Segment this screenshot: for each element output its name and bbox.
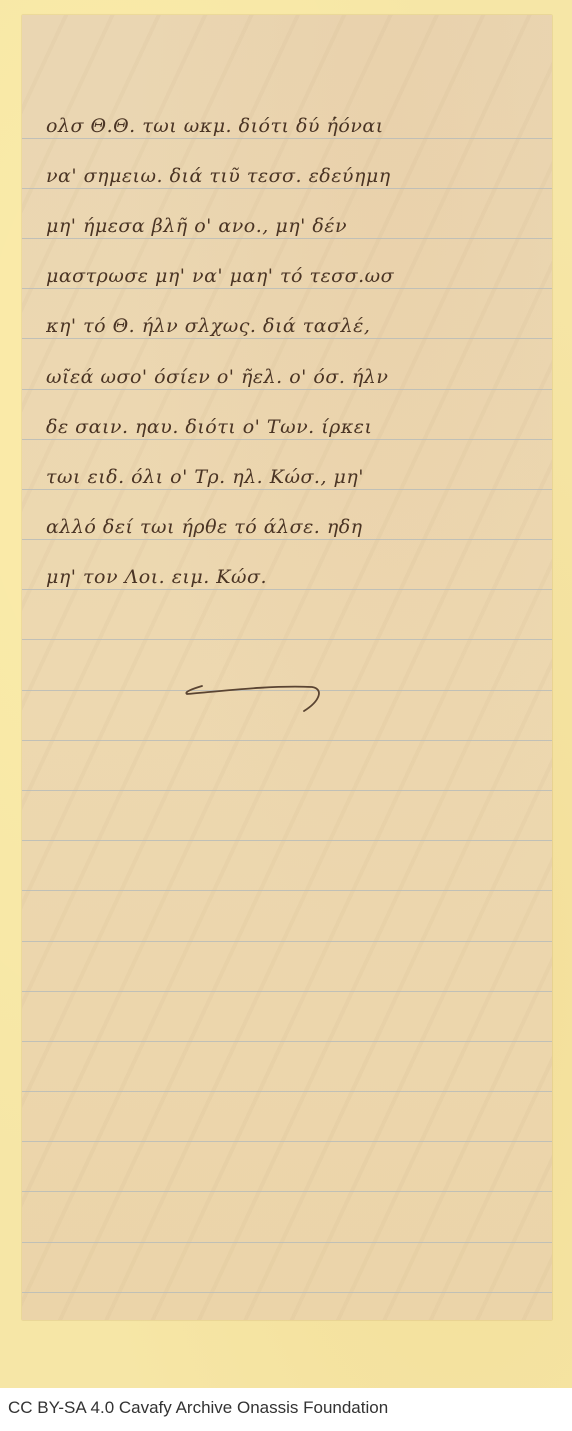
ruled-line bbox=[22, 338, 552, 339]
bleed-through-texture bbox=[22, 15, 552, 1320]
ruled-line bbox=[22, 1091, 552, 1092]
ruled-line bbox=[22, 288, 552, 289]
ruled-line bbox=[22, 188, 552, 189]
handwritten-line: κη' τό Θ. ήλν σλχως. διά τασλέ, bbox=[46, 315, 556, 337]
ruled-line bbox=[22, 890, 552, 891]
handwritten-line: ωῖεά ωσο' όσίεν ο' ῆελ. ο' όσ. ήλν bbox=[46, 366, 556, 388]
ruled-line bbox=[22, 539, 552, 540]
ruled-line bbox=[22, 790, 552, 791]
signature-flourish-icon bbox=[182, 683, 332, 723]
ruled-line bbox=[22, 389, 552, 390]
handwritten-line: να' σημειω. διά τιῦ τεσσ. εδεύημη bbox=[46, 165, 556, 187]
handwritten-line: μη' ήμεσα βλῆ ο' ανο., μη' δέν bbox=[46, 215, 556, 237]
ruled-line bbox=[22, 439, 552, 440]
ruled-line bbox=[22, 238, 552, 239]
handwritten-line: μαστρωσε μη' να' μαη' τό τεσσ.ωσ bbox=[46, 265, 556, 287]
handwritten-line: δε σαιν. ηαυ. διότι ο' Των. ίρκει bbox=[46, 416, 556, 438]
ruled-line bbox=[22, 1041, 552, 1042]
ruled-line bbox=[22, 1292, 552, 1293]
ruled-line bbox=[22, 589, 552, 590]
ruled-line bbox=[22, 1191, 552, 1192]
scan-background: ολσ Θ.Θ. τωι ωκμ. διότι δύ ή̔όναι να' ση… bbox=[0, 0, 572, 1388]
license-credit: CC BY-SA 4.0 Cavafy Archive Onassis Foun… bbox=[8, 1398, 388, 1418]
handwritten-line: ολσ Θ.Θ. τωι ωκμ. διότι δύ ή̔όναι bbox=[46, 115, 556, 137]
ruled-line bbox=[22, 1141, 552, 1142]
manuscript-page: ολσ Θ.Θ. τωι ωκμ. διότι δύ ή̔όναι να' ση… bbox=[22, 15, 552, 1320]
ruled-line bbox=[22, 639, 552, 640]
ruled-line bbox=[22, 991, 552, 992]
handwritten-line: αλλό δεί τωι ήρθε τό άλσε. ηδη bbox=[46, 516, 556, 538]
handwritten-line: τωι ειδ. όλι ο' Τρ. ηλ. Κώσ., μη' bbox=[46, 466, 556, 488]
ruled-line bbox=[22, 840, 552, 841]
ruled-line bbox=[22, 740, 552, 741]
ruled-line bbox=[22, 489, 552, 490]
ruled-line bbox=[22, 941, 552, 942]
handwritten-line: μη' τον Λοι. ειμ. Κώσ. bbox=[46, 566, 556, 588]
ruled-line bbox=[22, 138, 552, 139]
ruled-line bbox=[22, 1242, 552, 1243]
